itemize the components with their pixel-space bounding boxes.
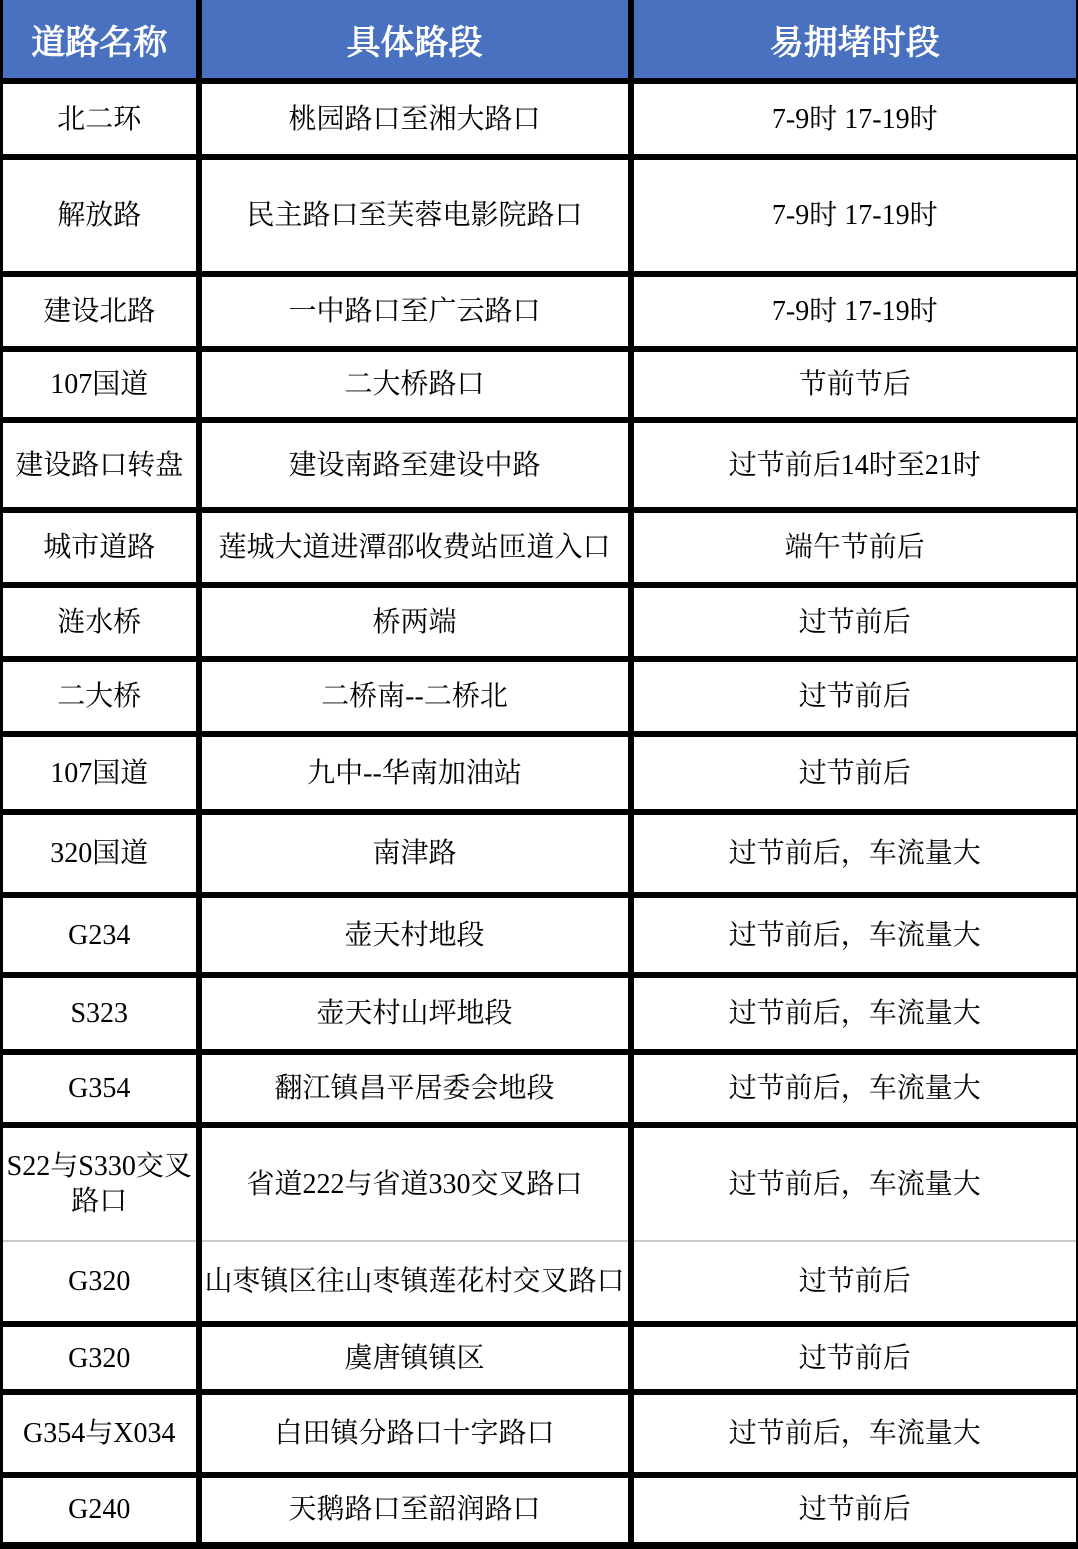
road-name-cell: G240 [2, 1475, 199, 1545]
table-row: 城市道路 莲城大道进潭邵收费站匝道入口 端午节前后 [2, 510, 1078, 585]
road-name-cell: 二大桥 [2, 659, 199, 734]
road-section-cell: 壶天村山坪地段 [199, 975, 631, 1052]
congestion-time-cell: 过节前后 [631, 585, 1078, 659]
congestion-time-cell: 过节前后，车流量大 [631, 895, 1078, 975]
table-row: G320 山枣镇区往山枣镇莲花村交叉路口 过节前后 [2, 1241, 1078, 1324]
congestion-time-cell: 过节前后，车流量大 [631, 1125, 1078, 1241]
road-section-cell: 一中路口至广云路口 [199, 274, 631, 349]
congestion-time-cell: 7-9时 17-19时 [631, 157, 1078, 274]
table-row: 107国道 九中--华南加油站 过节前后 [2, 734, 1078, 812]
column-header-road-section: 具体路段 [199, 0, 631, 81]
road-section-cell: 南津路 [199, 812, 631, 895]
road-section-cell: 桥两端 [199, 585, 631, 659]
road-name-cell: 建设北路 [2, 274, 199, 349]
congestion-time-cell: 过节前后 [631, 659, 1078, 734]
table-row: 320国道 南津路 过节前后，车流量大 [2, 812, 1078, 895]
table-row: G320 虞唐镇镇区 过节前后 [2, 1324, 1078, 1392]
road-name-cell: S22与S330交叉路口 [2, 1125, 199, 1241]
table-row: G354 翻江镇昌平居委会地段 过节前后，车流量大 [2, 1052, 1078, 1125]
table-row: 建设北路 一中路口至广云路口 7-9时 17-19时 [2, 274, 1078, 349]
column-header-road-name: 道路名称 [2, 0, 199, 81]
table-header-row: 道路名称 具体路段 易拥堵时段 [2, 0, 1078, 81]
table-row: G234 壶天村地段 过节前后，车流量大 [2, 895, 1078, 975]
road-name-cell: 解放路 [2, 157, 199, 274]
road-section-cell: 山枣镇区往山枣镇莲花村交叉路口 [199, 1241, 631, 1324]
road-section-cell: 莲城大道进潭邵收费站匝道入口 [199, 510, 631, 585]
congestion-time-cell: 节前节后 [631, 349, 1078, 420]
road-name-cell: 建设路口转盘 [2, 420, 199, 510]
congestion-time-cell: 过节前后 [631, 734, 1078, 812]
congestion-time-cell: 过节前后，车流量大 [631, 975, 1078, 1052]
road-section-cell: 桃园路口至湘大路口 [199, 81, 631, 157]
road-name-cell: 107国道 [2, 734, 199, 812]
road-name-cell: 城市道路 [2, 510, 199, 585]
road-section-cell: 二桥南--二桥北 [199, 659, 631, 734]
road-name-cell: G354与X034 [2, 1392, 199, 1475]
table-row: S323 壶天村山坪地段 过节前后，车流量大 [2, 975, 1078, 1052]
table-row: 建设路口转盘 建设南路至建设中路 过节前后14时至21时 [2, 420, 1078, 510]
road-section-cell: 九中--华南加油站 [199, 734, 631, 812]
road-name-cell: S323 [2, 975, 199, 1052]
column-header-congestion-time: 易拥堵时段 [631, 0, 1078, 81]
table-row: G240 天鹅路口至韶润路口 过节前后 [2, 1475, 1078, 1545]
road-name-cell: G354 [2, 1052, 199, 1125]
road-section-cell: 省道222与省道330交叉路口 [199, 1125, 631, 1241]
table-row: 107国道 二大桥路口 节前节后 [2, 349, 1078, 420]
road-section-cell: 壶天村地段 [199, 895, 631, 975]
road-name-cell: 涟水桥 [2, 585, 199, 659]
table-row: 涟水桥 桥两端 过节前后 [2, 585, 1078, 659]
table-row: G354与X034 白田镇分路口十字路口 过节前后，车流量大 [2, 1392, 1078, 1475]
congestion-table: 道路名称 具体路段 易拥堵时段 北二环 桃园路口至湘大路口 7-9时 17-19… [0, 0, 1078, 1549]
road-section-cell: 民主路口至芙蓉电影院路口 [199, 157, 631, 274]
road-section-cell: 二大桥路口 [199, 349, 631, 420]
congestion-time-cell: 端午节前后 [631, 510, 1078, 585]
congestion-time-cell: 过节前后 [631, 1475, 1078, 1545]
congestion-time-cell: 过节前后 [631, 1241, 1078, 1324]
road-name-cell: G320 [2, 1324, 199, 1392]
road-name-cell: G320 [2, 1241, 199, 1324]
road-section-cell: 天鹅路口至韶润路口 [199, 1475, 631, 1545]
table-row: 二大桥 二桥南--二桥北 过节前后 [2, 659, 1078, 734]
congestion-time-cell: 过节前后，车流量大 [631, 812, 1078, 895]
congestion-time-cell: 过节前后 [631, 1324, 1078, 1392]
road-section-cell: 虞唐镇镇区 [199, 1324, 631, 1392]
road-name-cell: 107国道 [2, 349, 199, 420]
congestion-time-cell: 过节前后14时至21时 [631, 420, 1078, 510]
table-row: S22与S330交叉路口 省道222与省道330交叉路口 过节前后，车流量大 [2, 1125, 1078, 1241]
road-name-cell: G234 [2, 895, 199, 975]
congestion-time-cell: 7-9时 17-19时 [631, 274, 1078, 349]
table-row: 解放路 民主路口至芙蓉电影院路口 7-9时 17-19时 [2, 157, 1078, 274]
congestion-time-cell: 过节前后，车流量大 [631, 1392, 1078, 1475]
congestion-time-cell: 7-9时 17-19时 [631, 81, 1078, 157]
road-section-cell: 建设南路至建设中路 [199, 420, 631, 510]
road-name-cell: 北二环 [2, 81, 199, 157]
congestion-time-cell: 过节前后，车流量大 [631, 1052, 1078, 1125]
road-section-cell: 白田镇分路口十字路口 [199, 1392, 631, 1475]
road-name-cell: 320国道 [2, 812, 199, 895]
road-section-cell: 翻江镇昌平居委会地段 [199, 1052, 631, 1125]
table-row: 北二环 桃园路口至湘大路口 7-9时 17-19时 [2, 81, 1078, 157]
